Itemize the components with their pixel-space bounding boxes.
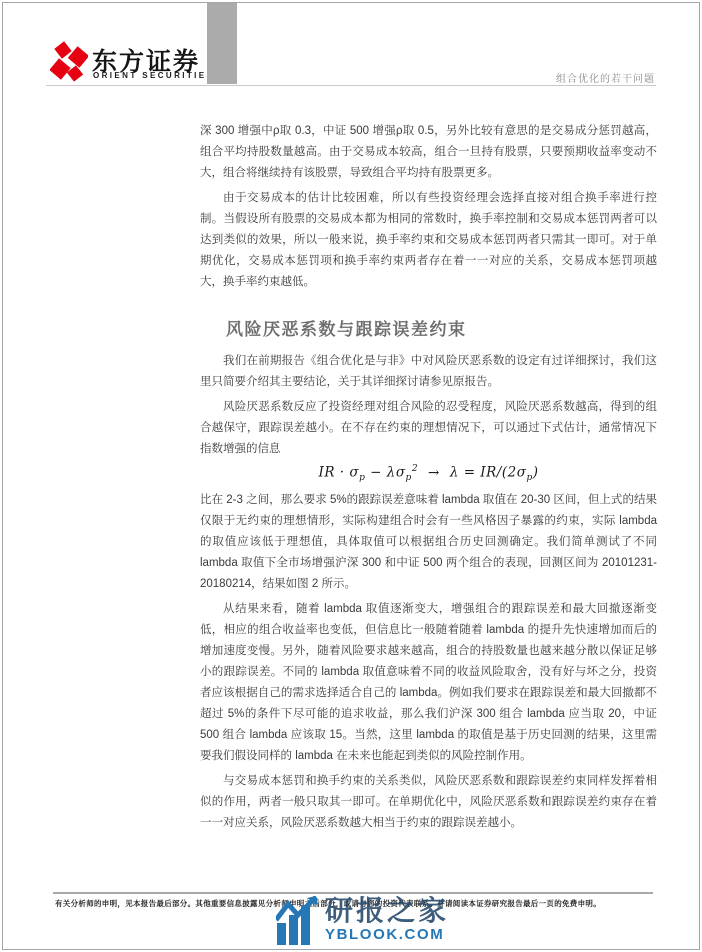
paragraph: 由于交易成本的估计比较困难，所以有些投资经理会选择直接对组合换手率进行控制。当假… <box>200 188 657 293</box>
paragraph: 风险厌恶系数反应了投资经理对组合风险的忍受程度，风险厌恶系数越高，得到的组合越保… <box>200 397 657 460</box>
section-heading: 风险厌恶系数与跟踪误差约束 <box>226 315 657 340</box>
footer-divider <box>53 892 653 894</box>
arrow-glyph: → <box>418 465 450 481</box>
formula: IR · σp − λσp2→λ = IR/(2σp) <box>200 464 657 483</box>
ybook-chart-icon <box>276 896 318 946</box>
report-page: 东方证券 ORIENT SECURITIES 组合优化的若干问题 深 300 增… <box>0 0 702 952</box>
watermark-site-name: 研报之家 <box>325 896 449 926</box>
ybook-watermark: 研报之家 YBLOOK.COM <box>276 896 449 946</box>
brand-name-en: ORIENT SECURITIES <box>93 71 214 80</box>
paragraph: 与交易成本惩罚和换手约束的关系类似，风险厌恶系数和跟踪误差约束同样发挥着相似的作… <box>200 771 657 834</box>
paragraph: 从结果来看，随着 lambda 取值逐渐变大，增强组合的跟踪误差和最大回撤逐渐变… <box>200 599 657 767</box>
header-accent-bar <box>207 3 237 84</box>
watermark-site-url: YBLOOK.COM <box>325 926 449 944</box>
paragraph: 比在 2-3 之间，那么要求 5%的跟踪误差意味着 lambda 取值在 20-… <box>200 490 657 595</box>
orient-securities-logo-icon <box>50 40 88 82</box>
header-divider <box>46 85 656 86</box>
report-title: 组合优化的若干问题 <box>556 70 655 85</box>
paragraph: 我们在前期报告《组合优化是与非》中对风险厌恶系数的设定有过详细探讨，我们这里只简… <box>200 351 657 393</box>
report-body: 深 300 增强中ρ取 0.3，中证 500 增强ρ取 0.5，另外比较有意思的… <box>200 121 657 838</box>
paragraph: 深 300 增强中ρ取 0.3，中证 500 增强ρ取 0.5，另外比较有意思的… <box>200 121 657 184</box>
